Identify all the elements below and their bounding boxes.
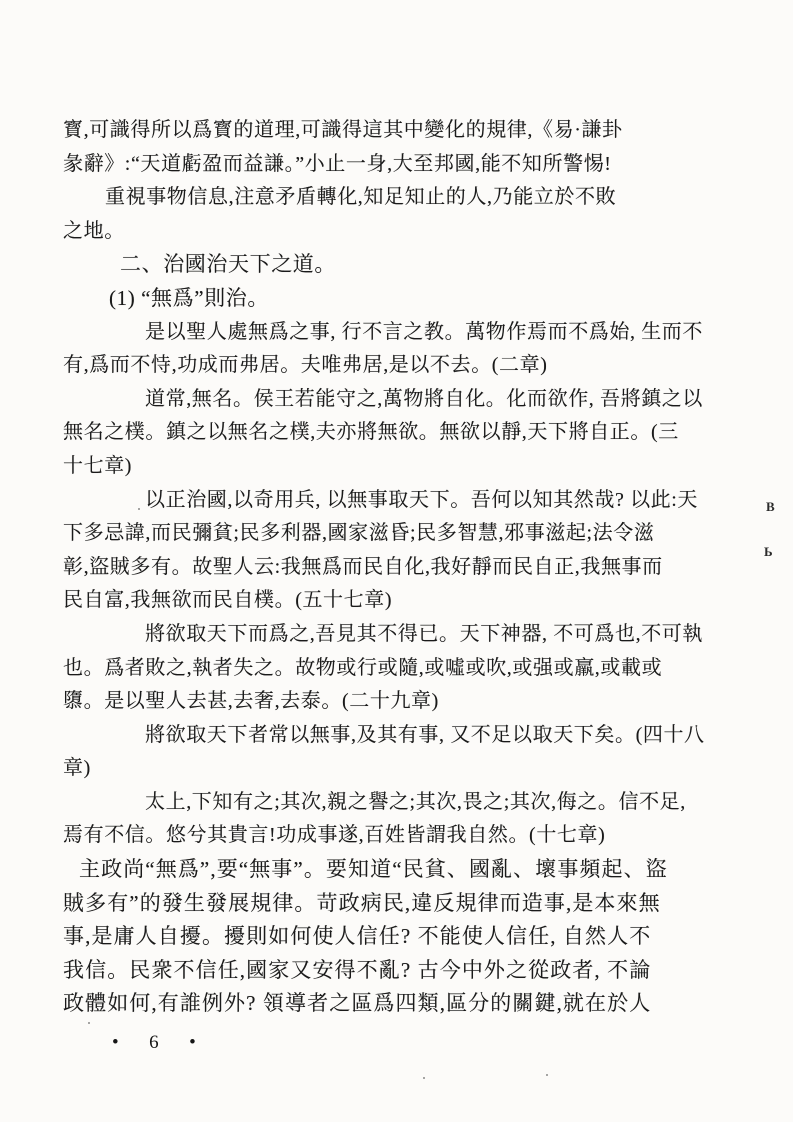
text-line: 是以聖人處無爲之事, 行不言之教。萬物作焉而不爲始, 生而不 [63,316,743,350]
text-line: 太上,下知有之;其次,親之譽之;其次,畏之;其次,侮之。信不足, [63,786,743,820]
scan-speck [546,1074,548,1076]
text-line: 章) [63,752,743,786]
print-artifact-mark: B [766,499,775,515]
paragraph-commentary: 主政尚“無爲”,要“無事”。要知道“民貧、國亂、壞事頻起、盜賊多有”的發生發展規… [63,853,743,1021]
page-number: • 6 • [112,1032,203,1054]
text-line: 下多忌諱,而民彌貧;民多利器,國家滋昏;民多智慧,邪事滋起;法令滋 [63,517,743,551]
text-line: 也。爲者敗之,執者失之。故物或行或隨,或噓或吹,或强或羸,或載或 [63,652,743,686]
text-line: 有,爲而不恃,功成而弗居。夫唯弗居,是以不去。(二章) [63,349,743,383]
print-artifact-mark: Ь [764,544,773,560]
text-line: 政體如何,有誰例外? 領導者之區爲四類,區分的關鍵,就在於人 [63,987,743,1021]
text-line: 之地。 [63,215,743,249]
text-line: 將欲取天下者常以無事,及其有事, 又不足以取天下矣。(四十八 [63,719,743,753]
text-line: 焉有不信。悠兮其貴言!功成事遂,百姓皆謂我自然。(十七章) [63,819,743,853]
paragraph-quote: 將欲取天下而爲之,吾見其不得已。天下神器, 不可爲也,不可執也。爲者敗之,執者失… [63,618,743,719]
text-line: 主政尚“無爲”,要“無事”。要知道“民貧、國亂、壞事頻起、盜 [63,853,743,887]
paragraph-heading: 二、治國治天下之道。 [63,248,743,282]
paragraph-subheading: (1) “無爲”則治。 [63,282,743,316]
text-line: 隳。是以聖人去甚,去奢,去泰。(二十九章) [63,685,743,719]
text-block: 寳,可識得所以爲寳的道理,可識得這其中變化的規律,《易·謙卦彖辭》:“天道虧盈而… [63,114,743,1021]
paragraph-quote: 將欲取天下者常以無事,及其有事, 又不足以取天下矣。(四十八章) [63,719,743,786]
text-line: 寳,可識得所以爲寳的道理,可識得這其中變化的規律,《易·謙卦 [63,114,743,148]
paragraph-body: 重視事物信息,注意矛盾轉化,知足知止的人,乃能立於不敗之地。 [63,181,743,248]
text-line: (1) “無爲”則治。 [63,282,743,316]
text-line: 將欲取天下而爲之,吾見其不得已。天下神器, 不可爲也,不可執 [63,618,743,652]
paragraph-quote: 太上,下知有之;其次,親之譽之;其次,畏之;其次,侮之。信不足,焉有不信。悠兮其… [63,786,743,853]
text-line: 彰,盜賊多有。故聖人云:我無爲而民自化,我好靜而民自正,我無事而 [63,551,743,585]
text-line: 我信。民衆不信任,國家又安得不亂? 古今中外之從政者, 不論 [63,954,743,988]
book-page: 寳,可識得所以爲寳的道理,可識得這其中變化的規律,《易·謙卦彖辭》:“天道虧盈而… [0,0,793,1122]
text-line: 無名之樸。鎮之以無名之樸,夫亦將無欲。無欲以靜,天下將自正。(三 [63,416,743,450]
paragraph-quote: 以正治國,以奇用兵, 以無事取天下。吾何以知其然哉? 以此:天下多忌諱,而民彌貧… [63,484,743,618]
text-line: 重視事物信息,注意矛盾轉化,知足知止的人,乃能立於不敗 [63,181,743,215]
scan-speck [88,1022,90,1024]
text-line: 民自富,我無欲而民自樸。(五十七章) [63,584,743,618]
paragraph-quote: 是以聖人處無爲之事, 行不言之教。萬物作焉而不爲始, 生而不有,爲而不恃,功成而… [63,316,743,383]
text-line: 道常,無名。侯王若能守之,萬物將自化。化而欲作, 吾將鎮之以 [63,383,743,417]
text-line: 以正治國,以奇用兵, 以無事取天下。吾何以知其然哉? 以此:天 [63,484,743,518]
text-line: 事,是庸人自擾。擾則如何使人信任? 不能使人信任, 自然人不 [63,920,743,954]
text-line: 彖辭》:“天道虧盈而益謙。”小止一身,大至邦國,能不知所警惕! [63,148,743,182]
text-line: 賊多有”的發生發展規律。苛政病民,違反規律而造事,是本來無 [63,887,743,921]
paragraph-quote: 道常,無名。侯王若能守之,萬物將自化。化而欲作, 吾將鎮之以無名之樸。鎮之以無名… [63,383,743,484]
scan-speck [423,1077,425,1079]
paragraph-continuation: 寳,可識得所以爲寳的道理,可識得這其中變化的規律,《易·謙卦彖辭》:“天道虧盈而… [63,114,743,181]
text-line: 二、治國治天下之道。 [63,248,743,282]
scan-speck [138,508,140,510]
text-line: 十七章) [63,450,743,484]
